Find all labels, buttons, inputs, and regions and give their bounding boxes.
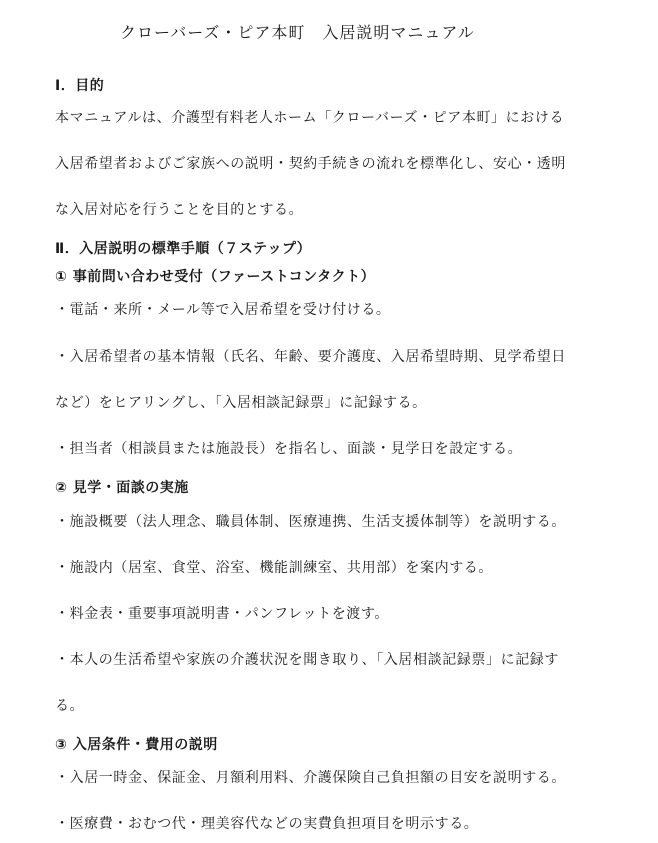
bullet-line: ・担当者（相談員または施設長）を指名し、面談・見学日を設定する。 — [55, 438, 522, 458]
bullet-line: ・医療費・おむつ代・理美容代などの実費負担項目を明示する。 — [55, 813, 478, 833]
step-heading-3: ③ 入居条件・費用の説明 — [55, 734, 218, 754]
bullet-line: ・電話・来所・メール等で入居希望を受け付ける。 — [55, 299, 391, 319]
paragraph-line: 本マニュアルは、介護型有料老人ホーム「クローバーズ・ピア本町」における — [55, 107, 564, 127]
section-heading-purpose: Ⅰ．目的 — [55, 75, 104, 95]
bullet-line: ・施設概要（法人理念、職員体制、医療連携、生活支援体制等）を説明する。 — [55, 511, 566, 531]
bullet-line: ・料金表・重要事項説明書・パンフレットを渡す。 — [55, 603, 389, 623]
document-title: クローバーズ・ピア本町 入居説明マニュアル — [120, 20, 475, 43]
section-heading-procedure: Ⅱ．入居説明の標準手順（７ステップ） — [55, 238, 311, 258]
bullet-line-continued: など）をヒアリングし、「入居相談記録票」に記録する。 — [55, 392, 427, 412]
paragraph-line: 入居希望者およびご家族への説明・契約手続きの流れを標準化し、安心・透明 — [55, 153, 566, 173]
bullet-line: ・本人の生活希望や家族の介護状況を聞き取り、「入居相談記録票」に記録す — [55, 649, 559, 669]
bullet-line-continued: る。 — [55, 695, 84, 715]
bullet-line: ・入居希望者の基本情報（氏名、年齢、要介護度、入居希望時期、見学希望日 — [55, 346, 566, 366]
step-heading-1: ① 事前問い合わせ受付（ファーストコンタクト） — [55, 266, 375, 286]
paragraph-line: な入居対応を行うことを目的とする。 — [55, 199, 303, 219]
bullet-line: ・入居一時金、保証金、月額利用料、介護保険自己負担額の目安を説明する。 — [55, 767, 566, 787]
step-heading-2: ② 見学・面談の実施 — [55, 477, 189, 497]
bullet-line: ・施設内（居室、食堂、浴室、機能訓練室、共用部）を案内する。 — [55, 557, 493, 577]
